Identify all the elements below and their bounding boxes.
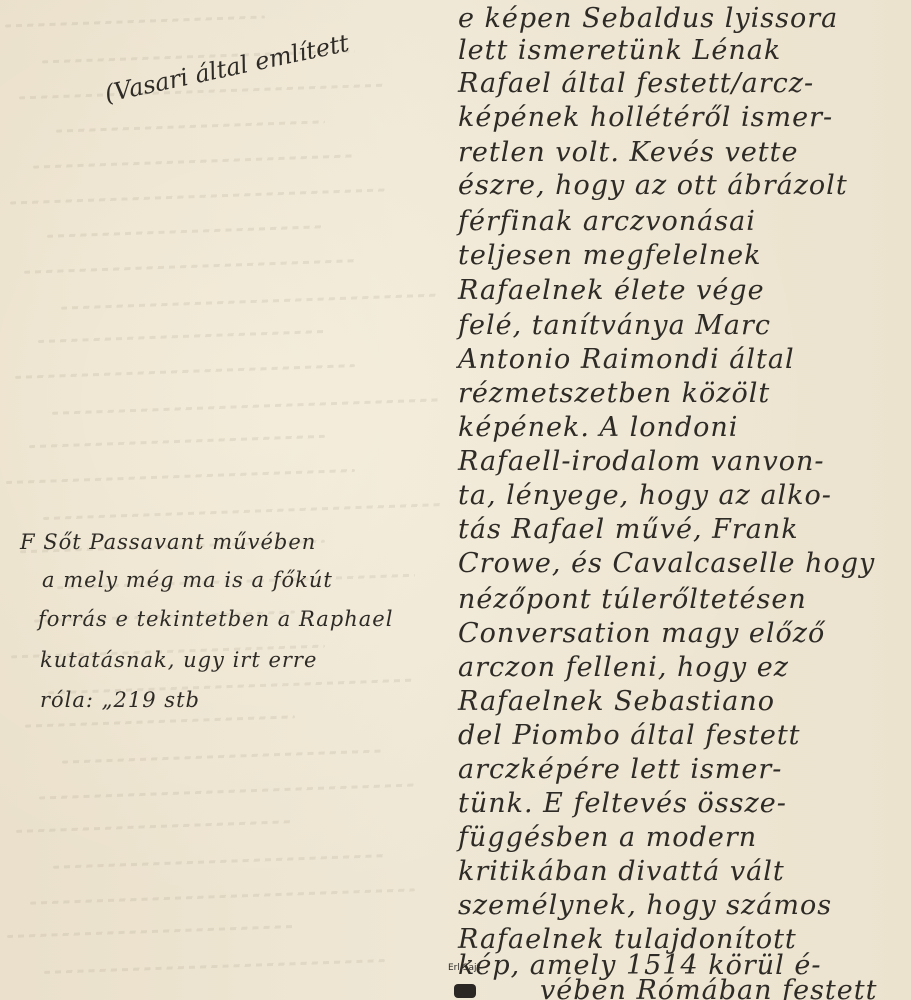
- text-line: tünk. E feltevés össze-: [458, 788, 787, 819]
- text-line: lett ismeretünk Lénak: [458, 35, 781, 66]
- bleed-through-stroke: [47, 225, 325, 238]
- bleed-through-stroke: [30, 888, 415, 904]
- text-line: Rafael által festett/arcz-: [458, 68, 814, 99]
- text-line: teljesen megfelelnek: [458, 240, 761, 271]
- bleed-through-stroke: [61, 293, 440, 309]
- bleed-through-stroke: [24, 259, 355, 274]
- text-line: e képen Sebaldus lyissora: [458, 3, 838, 34]
- bleed-through-stroke: [62, 749, 385, 763]
- text-line: függésben a modern: [458, 822, 757, 853]
- bleed-through-stroke: [29, 435, 325, 448]
- text-line: retlen volt. Kevés vette: [458, 137, 799, 168]
- text-line: tás Rafael művé, Frank: [458, 514, 799, 545]
- bleed-through-stroke: [52, 398, 440, 415]
- text-line: férfinak arczvonásai: [458, 206, 756, 237]
- bleed-through-stroke: [56, 120, 325, 132]
- text-line: személynek, hogy számos: [458, 890, 832, 921]
- side-note-line: F Sőt Passavant művében: [20, 530, 316, 554]
- bleed-through-stroke: [38, 330, 325, 343]
- text-line: felé, tanítványa Marc: [458, 310, 771, 341]
- side-note-line: forrás e tekintetben a Raphael: [38, 607, 393, 631]
- text-line: Rafaelnek Sebastiano: [458, 686, 775, 717]
- text-line: Rafaelnek élete vége: [458, 275, 765, 306]
- bleed-through-stroke: [43, 503, 440, 520]
- bleed-through-stroke: [10, 188, 385, 204]
- side-note-line: kutatásnak, ugy irt erre: [40, 648, 317, 672]
- manuscript-page: (Vasari által említett e képen Sebaldus …: [0, 0, 911, 1000]
- bleed-through-stroke: [16, 820, 295, 833]
- text-line: képének. A londoni: [458, 412, 738, 443]
- text-line: képének hollétéről ismer-: [458, 102, 833, 133]
- text-line: rézmetszetben közölt: [458, 378, 770, 409]
- text-line: del Piombo által festett: [458, 720, 801, 751]
- bleed-through-stroke: [39, 783, 415, 799]
- bleed-through-stroke: [15, 364, 355, 379]
- left-page-bleed-through: [0, 0, 440, 1000]
- ink-blot: [454, 984, 476, 998]
- side-note-line: a mely még ma is a főkút: [42, 568, 333, 592]
- stamp-text: Erl Sajt: [448, 963, 480, 973]
- text-line: kritikában divattá vált: [458, 856, 785, 887]
- bleed-through-stroke: [33, 154, 355, 168]
- bleed-through-stroke: [53, 854, 385, 869]
- text-line: nézőpont túlerőltetésen: [458, 584, 807, 615]
- bleed-through-stroke: [6, 469, 355, 484]
- text-line: Conversation magy előző: [458, 618, 825, 649]
- text-line: arczon felleni, hogy ez: [458, 652, 789, 683]
- text-line: Crowe, és Cavalcaselle hogy: [458, 548, 875, 579]
- library-stamp: Erl Sajt: [448, 964, 484, 1000]
- text-line: észre, hogy az ott ábrázolt: [458, 170, 848, 201]
- text-line: ta, lényege, hogy az alko-: [458, 480, 832, 511]
- text-line: arczképére lett ismer-: [458, 754, 782, 785]
- side-note-line: róla: „219 stb: [40, 688, 200, 712]
- text-line: Antonio Raimondi által: [458, 344, 795, 375]
- bleed-through-stroke: [7, 925, 295, 938]
- bleed-through-stroke: [25, 715, 295, 727]
- text-line: vében Rómában festett: [540, 975, 877, 1000]
- bleed-through-stroke: [44, 959, 385, 974]
- text-line: Rafaell-irodalom vanvon-: [458, 446, 825, 477]
- bleed-through-stroke: [5, 15, 265, 27]
